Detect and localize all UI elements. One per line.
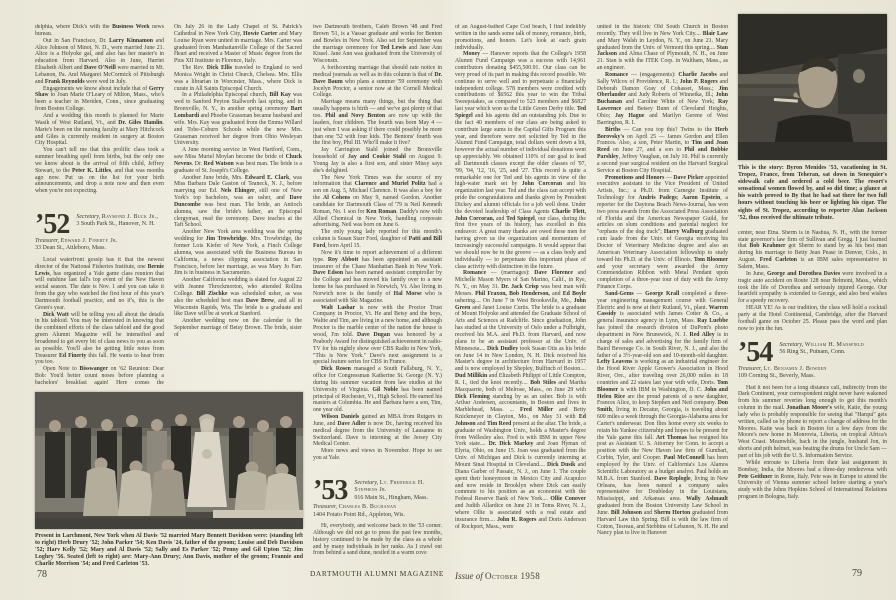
paragraph: Romance — (marriages): Dave Florence and… (455, 270, 586, 530)
paragraph: On July 26 in the Lady Chapel of St. Pat… (174, 24, 302, 65)
paragraph: Another June bride, Mrs. Edward E. Clark… (174, 175, 302, 230)
class-54-year: ’54 (738, 341, 772, 364)
treasurer-name: Lt. Benjamin J. Bowden (764, 366, 827, 372)
treasurer-label: Treasurer, (35, 238, 59, 244)
byron-menides-photo (738, 14, 887, 160)
page-number-left: 78 (37, 569, 47, 580)
paragraph: You can't tell me that this prolific cla… (35, 147, 164, 195)
paragraph: The Rev. Dick Ellis traveled to England … (174, 65, 302, 92)
class-52-treasurer: Treasurer, Edward J. Finerty Jr. 33 Dean… (35, 238, 164, 253)
paragraph: Out in San Francisco, Dr. Larry Kinnamon… (35, 38, 164, 86)
paragraph: While enroute to Liberia from their last… (738, 460, 887, 501)
class-53-treasurer: Treasurer, Charles B. Buchanan 1404 Pota… (313, 504, 442, 519)
byron-photo-caption: This is the story: Byron Menides '53, va… (738, 165, 887, 222)
left-column-3: two Dartmouth brothers, Caleb Brown '48 … (313, 24, 442, 565)
secretary-label: Secretary, (76, 214, 100, 220)
paragraph: Now it's time to report achievement of a… (313, 250, 442, 305)
treasurer-label: Treasurer, (313, 504, 337, 510)
paragraph: HEAR YE! As is our tradition, the class … (738, 305, 887, 332)
paragraph: A June morning service in West Hartford,… (174, 147, 302, 174)
paragraph: Open Note to Bisswanger on '62 Reunion: … (35, 366, 164, 385)
paragraph: Dick Rosen managed a South Fallsburg, N.… (313, 366, 442, 414)
paragraph: Engagements we know about include that o… (35, 86, 164, 113)
treasurer-name: Charles B. Buchanan (339, 504, 397, 510)
class-52-news-text: Local waterfront gossip has it that the … (35, 257, 164, 385)
paragraph: Sand-Gems — George Krall completed a thr… (597, 291, 728, 537)
secretary-address: 3 South Park St., Hanover, N. H. (76, 221, 158, 228)
class-54-header: ’54 Secretary, William H. Mansfield 56 R… (738, 341, 887, 364)
right-column-3: This is the story: Byron Menides '53, va… (738, 14, 887, 537)
treasurer-address: 1404 Potato Point Rd., Appleton, Wis. (313, 512, 442, 519)
paragraph: The only young lady reported for this mo… (313, 229, 442, 250)
secretary-address: 56 Ring St., Putnam, Conn. (779, 349, 864, 356)
issue-date: October 1958 (485, 571, 540, 581)
paragraph: Romance — (engagements): Charlie Jacobs … (597, 72, 728, 127)
paragraph: Births — Can you top this? Twins to the … (597, 127, 728, 175)
paragraph: In June, George and Dorothea Davies were… (738, 271, 887, 305)
paragraph: Hi, everybody, and welcome back to the '… (313, 523, 442, 557)
issue-footer: Issue of October 1958 (455, 571, 540, 581)
class-53-header: ’53 Secretary, Lt. Frederick H. Stephens… (313, 479, 442, 502)
paragraph: Another wedding now on the calendar is t… (174, 318, 302, 339)
wedding-group-photo (35, 392, 303, 529)
right-column-1: of an August-bathed Cape Cod beach, I fi… (455, 24, 586, 570)
magazine-title-footer: DARTMOUTH ALUMNI MAGAZINE (305, 569, 449, 578)
paragraph: Walt Lashar is now with the Proctor Trus… (313, 305, 442, 367)
secretary-name: Raymond J. Buck Jr., (102, 214, 158, 220)
paragraph: Jay Carrington Stahl joined the Bronxvil… (313, 147, 442, 174)
treasurer-address: 109 Corning St., Beverly, Mass. (738, 373, 887, 380)
paragraph: two Dartmouth brothers, Caleb Brown '48 … (313, 24, 442, 65)
secretary-label: Secretary, (779, 342, 803, 348)
paragraph: The New York Times was the source of my … (313, 175, 442, 230)
paragraph: united in the historic Old South Church … (597, 24, 728, 72)
paragraph: In a Philadelphia Episcopal church, Bill… (174, 92, 302, 147)
paragraph: Had it not been for a long distance call… (738, 385, 887, 460)
paragraph: Wilson Daniels gained an MBA from Rutger… (313, 414, 442, 448)
page-number-right: 79 (852, 568, 862, 579)
class-52-year: ’52 (35, 213, 69, 236)
class-54-secretary: Secretary, William H. Mansfield 56 Ring … (779, 341, 864, 357)
issue-prefix: Issue of (455, 571, 483, 581)
class-53-year: ’53 (313, 479, 347, 502)
treasurer-address: 33 Dean St., Attleboro, Mass. (35, 245, 164, 252)
paragraph: More news and views in November. Hope to… (313, 448, 442, 462)
right-column-2: united in the historic Old South Church … (597, 24, 728, 570)
paragraph: Money — Hanover reports that the College… (455, 51, 586, 270)
class-53-news-text: Hi, everybody, and welcome back to the '… (313, 523, 442, 565)
paragraph: Another New York area wedding was the sp… (174, 229, 302, 277)
class-52-secretary: Secretary, Raymond J. Buck Jr., 3 South … (76, 213, 158, 229)
paragraph: Promotions and Honors — Dave Picker appo… (597, 175, 728, 291)
class-53-news-continued: center, near Etna. Sherm is in Nashua, N… (738, 230, 887, 336)
class-52-news-continued: two Dartmouth brothers, Caleb Brown '48 … (313, 24, 442, 474)
byron-menides-photo-image (738, 14, 887, 160)
class-54-treasurer: Treasurer, Lt. Benjamin J. Bowden 109 Co… (738, 366, 887, 381)
wedding-photo-caption: Present in Larchmont, New York when Al D… (35, 533, 303, 568)
paragraph: Dick Watt will be telling you all about … (35, 312, 164, 367)
paragraph: Marriage means many things, but the thin… (313, 99, 442, 147)
paragraph: A forthcoming marriage that should rate … (313, 65, 442, 99)
secretary-name: William H. Mansfield (805, 342, 864, 348)
class-51-news-text: delphia, where Dick's with the Business … (35, 24, 164, 208)
paragraph: center, near Etna. Sherm is in Nashua, N… (738, 230, 887, 271)
paragraph: And a wedding this month is planned for … (35, 113, 164, 147)
paragraph: of an August-bathed Cape Cod beach, I fi… (455, 24, 586, 51)
class-53-secretary: Secretary, Lt. Frederick H. Stephens Jr.… (354, 479, 442, 502)
class-54-news-text: Had it not been for a long distance call… (738, 385, 887, 537)
class-52-header: ’52 Secretary, Raymond J. Buck Jr., 3 So… (35, 213, 164, 236)
secretary-address: 916 Main St., Hingham, Mass. (354, 495, 442, 502)
paragraph: Local waterfront gossip has it that the … (35, 257, 164, 312)
paragraph: delphia, where Dick's with the Business … (35, 24, 164, 38)
magazine-spread: delphia, where Dick's with the Business … (0, 0, 896, 600)
left-column-1: delphia, where Dick's with the Business … (35, 24, 164, 385)
secretary-label: Secretary, (354, 480, 378, 486)
treasurer-label: Treasurer, (738, 366, 762, 372)
wedding-group-photo-image (35, 392, 303, 529)
treasurer-name: Edward J. Finerty Jr. (61, 238, 118, 244)
paragraph: Another California wedding is slated for… (174, 277, 302, 318)
left-column-2: On July 26 in the Lady Chapel of St. Pat… (174, 24, 302, 390)
